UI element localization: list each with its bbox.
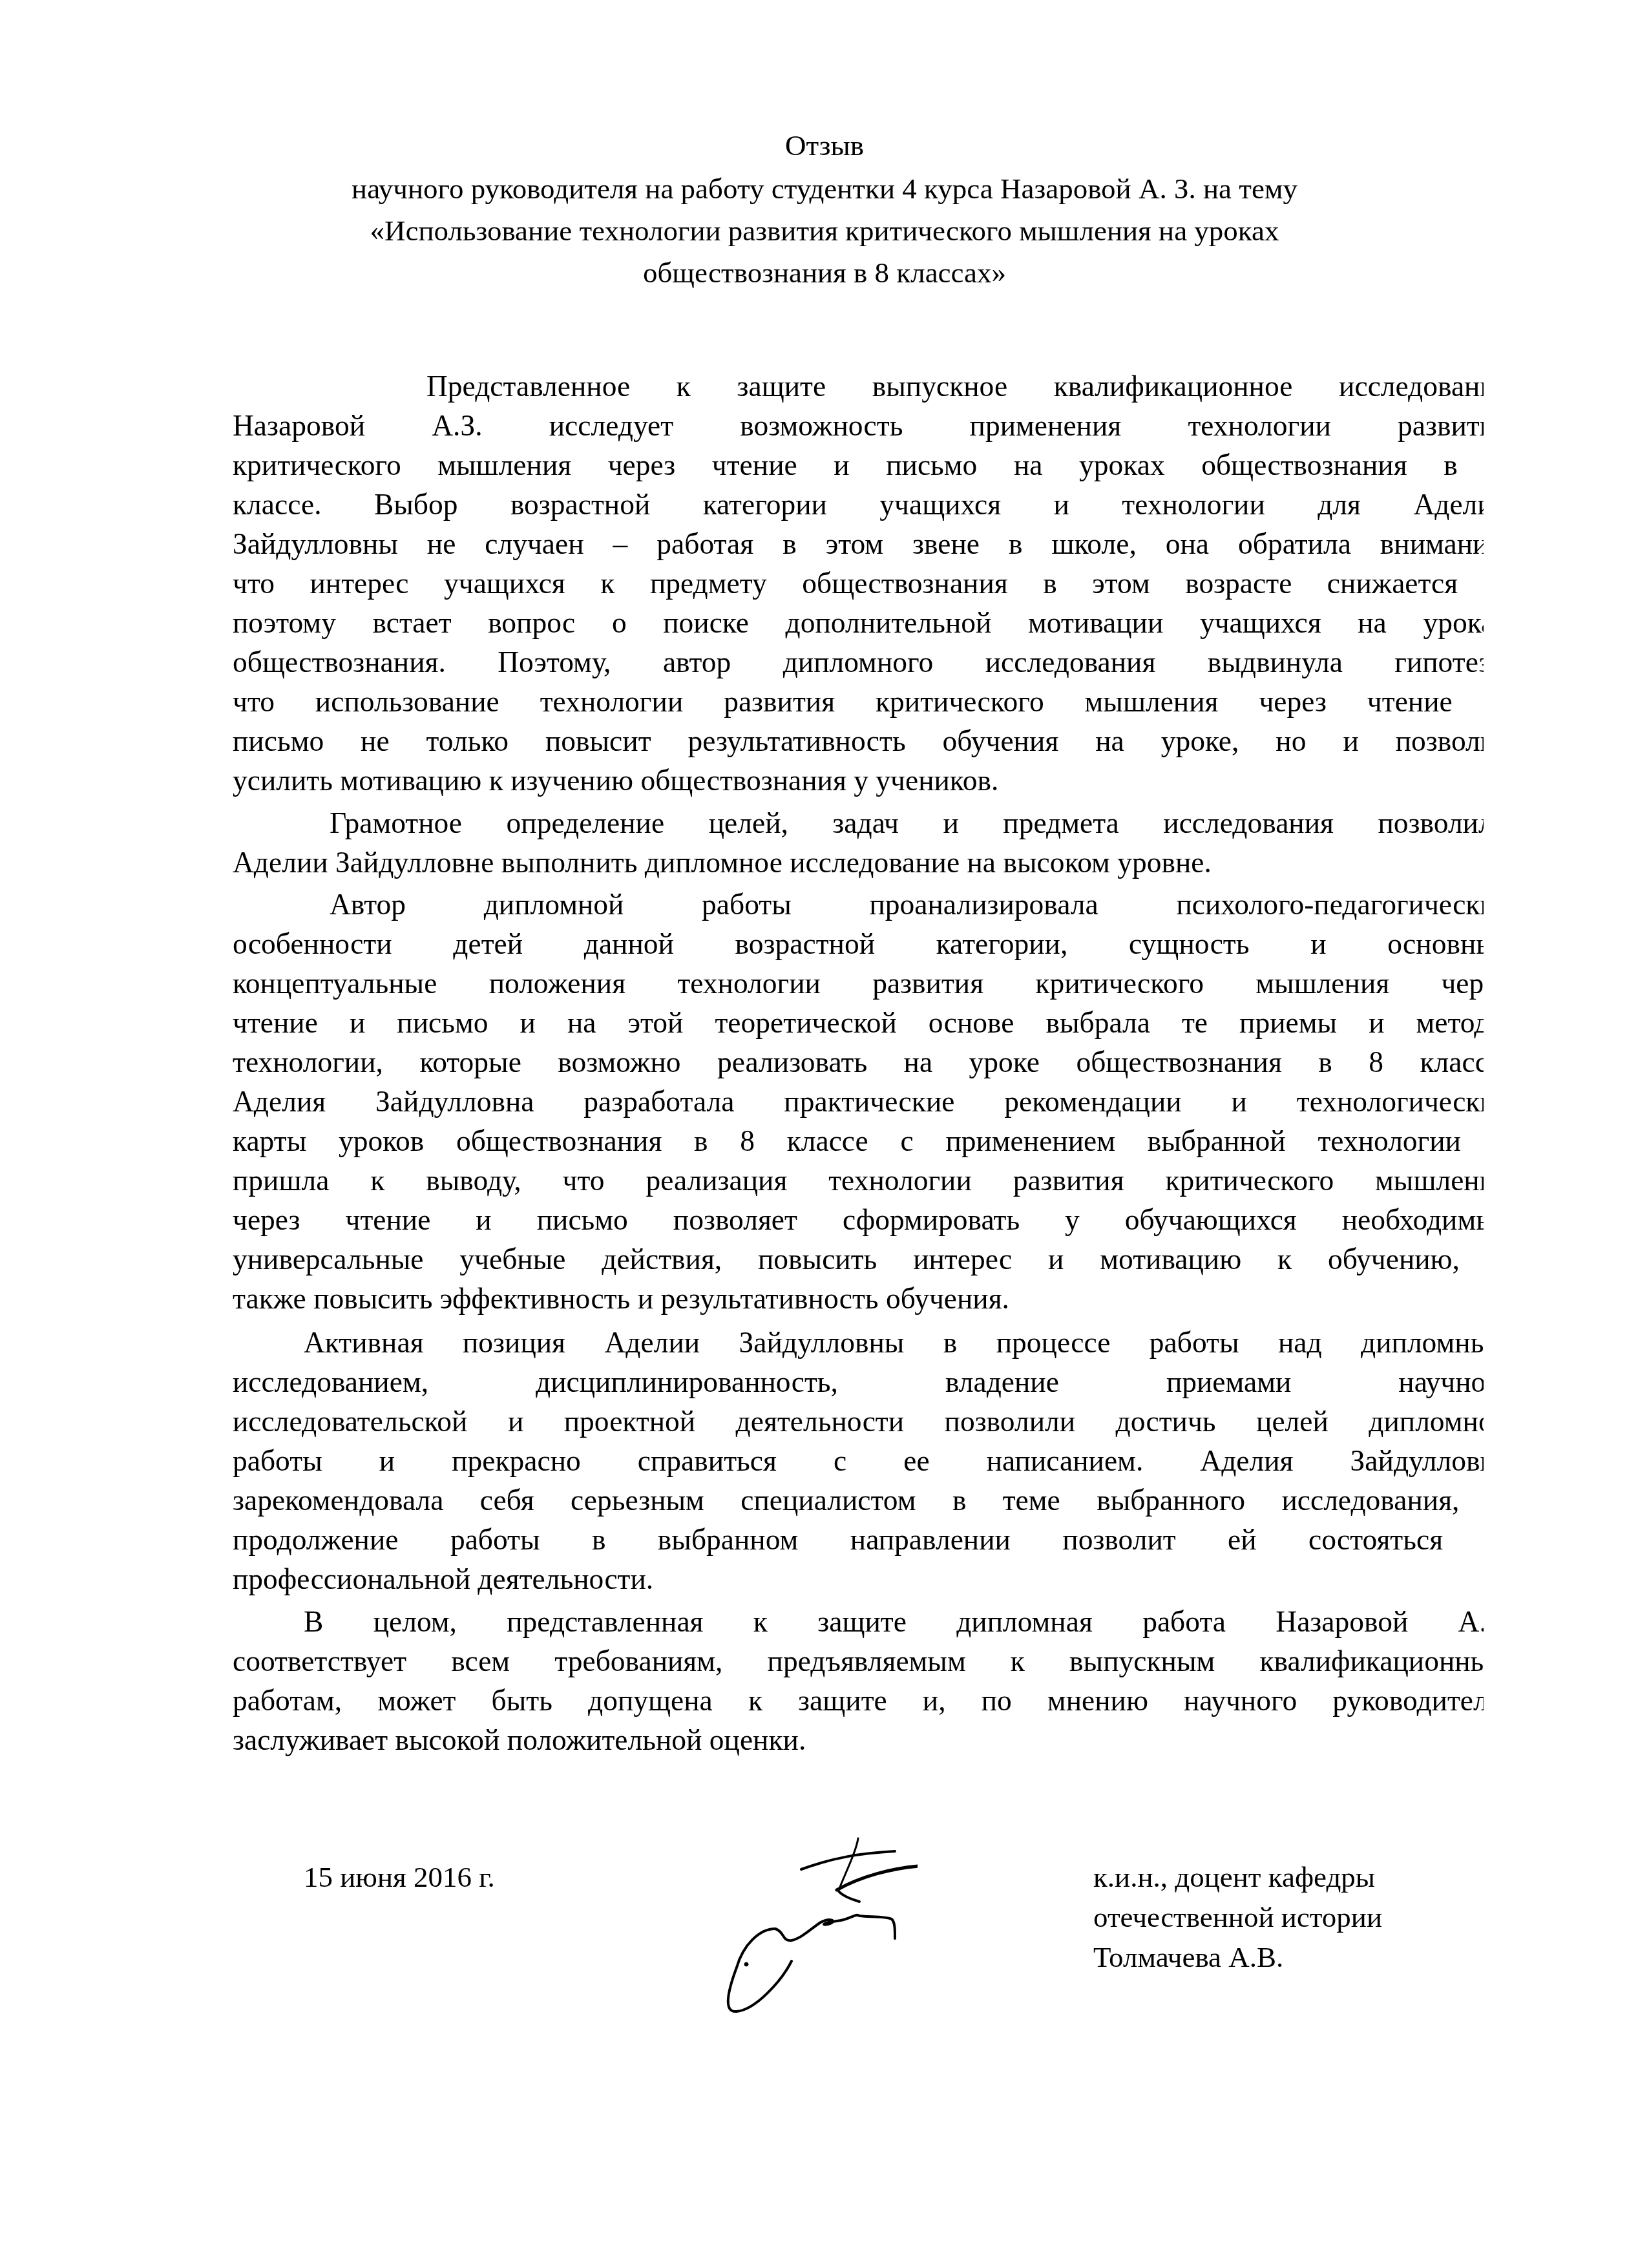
text-line: пришла к выводу, что реализация технолог… xyxy=(233,1161,1484,1200)
document-page: Отзыв научного руководителя на работу ст… xyxy=(0,0,1649,2268)
text-line: зарекомендовала себя серьезным специалис… xyxy=(233,1481,1484,1520)
text-line: Аделии Зайдулловне выполнить дипломное и… xyxy=(233,843,1484,882)
text-line: технологии, которые возможно реализовать… xyxy=(233,1043,1484,1082)
subtitle-line-2: «Использование технологии развития крити… xyxy=(0,211,1649,250)
text-line: Зайдулловны не случаен – работая в этом … xyxy=(233,525,1484,563)
text-line: особенности детей данной возрастной кате… xyxy=(233,925,1484,963)
text-line: критического мышления через чтение и пис… xyxy=(233,446,1484,485)
text-line: что интерес учащихся к предмету общество… xyxy=(233,564,1484,603)
signature-icon xyxy=(698,1832,918,2019)
text-line: профессиональной деятельности. xyxy=(233,1560,1484,1599)
text-line: через чтение и письмо позволяет сформиро… xyxy=(233,1201,1484,1239)
text-line: работы и прекрасно справиться с ее напис… xyxy=(233,1442,1484,1480)
text-line: соответствует всем требованиям, предъявл… xyxy=(233,1642,1484,1681)
text-line: универсальные учебные действия, повысить… xyxy=(233,1240,1484,1279)
text-line: что использование технологии развития кр… xyxy=(233,682,1484,721)
text-line: Назаровой А.З. исследует возможность при… xyxy=(233,406,1484,445)
text-line: карты уроков обществознания в 8 классе с… xyxy=(233,1122,1484,1160)
document-title: Отзыв xyxy=(0,126,1649,165)
text-line: классе. Выбор возрастной категории учащи… xyxy=(233,485,1484,524)
text-line: работам, может быть допущена к защите и,… xyxy=(233,1681,1484,1720)
text-line: заслуживает высокой положительной оценки… xyxy=(233,1721,1484,1759)
text-line: продолжение работы в выбранном направлен… xyxy=(233,1520,1484,1559)
review-date: 15 июня 2016 г. xyxy=(304,1858,495,1897)
text-line: обществознания. Поэтому, автор дипломног… xyxy=(233,643,1484,682)
document-body: Представленное к защите выпускное квалиф… xyxy=(0,349,1484,1835)
signer-department: отечественной истории xyxy=(1093,1898,1382,1937)
text-line: усилить мотивацию к изучению обществозна… xyxy=(233,761,1484,800)
subtitle-line-1: научного руководителя на работу студентк… xyxy=(0,169,1649,208)
signer-name: Толмачева А.В. xyxy=(1093,1938,1283,1977)
text-line: поэтому встает вопрос о поиске дополните… xyxy=(233,604,1484,642)
text-line: Представленное к защите выпускное квалиф… xyxy=(426,367,1484,406)
text-line: исследованием, дисциплинированность, вла… xyxy=(233,1363,1484,1402)
text-line: чтение и письмо и на этой теоретической … xyxy=(233,1003,1484,1042)
text-line: исследовательской и проектной деятельнос… xyxy=(233,1402,1484,1441)
text-line: Грамотное определение целей, задач и пре… xyxy=(330,804,1484,843)
text-line: В целом, представленная к защите дипломн… xyxy=(304,1602,1484,1641)
text-line: также повысить эффективность и результат… xyxy=(233,1279,1484,1318)
text-line: концептуальные положения технологии разв… xyxy=(233,964,1484,1003)
text-line: Автор дипломной работы проанализировала … xyxy=(330,885,1484,924)
subtitle-line-3: обществознания в 8 классах» xyxy=(0,253,1649,292)
text-line: Аделия Зайдулловна разработала практичес… xyxy=(233,1082,1484,1121)
signer-title: к.и.н., доцент кафедры xyxy=(1093,1858,1375,1897)
text-line: Активная позиция Аделии Зайдулловны в пр… xyxy=(304,1323,1484,1362)
text-line: письмо не только повысит результативност… xyxy=(233,722,1484,761)
